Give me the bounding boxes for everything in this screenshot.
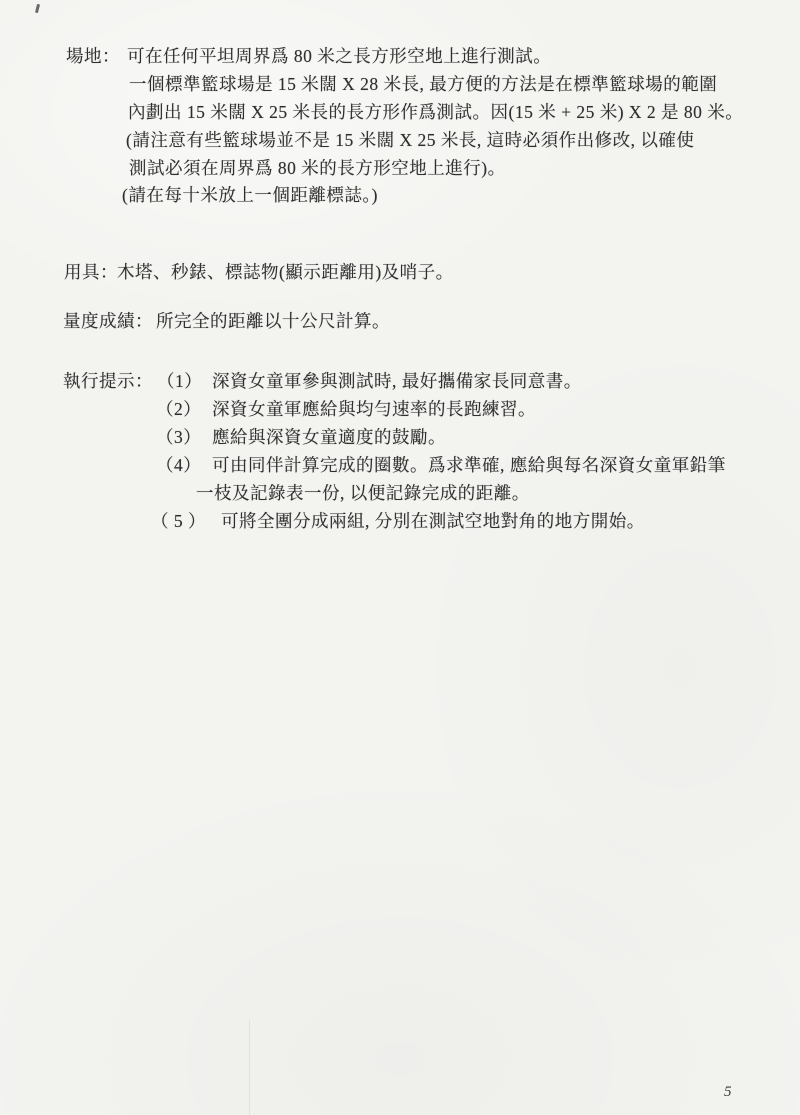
tip-item-number: （2） (156, 401, 201, 419)
scan-speck-mark (35, 4, 40, 13)
venue-line: (請在每十米放上一個距離標誌。) (122, 187, 378, 205)
tip-item-text: 可由同伴計算完成的圈數。爲求準確, 應給與每名深資女童軍鉛筆 (212, 457, 726, 475)
venue-line: 內劃出 15 米闊 X 25 米長的長方形作爲測試。因(15 米 + 25 米)… (128, 104, 743, 122)
tip-item-text: 應給與深資女童適度的鼓勵。 (212, 429, 446, 447)
tip-item-text: 深資女童軍參與測試時, 最好攜備家長同意書。 (212, 373, 582, 391)
tip-item-number: （3） (156, 429, 201, 447)
equipment-label: 用具： (64, 264, 118, 282)
tip-item-number: （4） (156, 457, 201, 475)
tip-item-number: （1） (157, 373, 202, 391)
equipment-text: 木塔、秒錶、標誌物(顯示距離用)及哨子。 (117, 264, 454, 282)
tip-item-number: （ 5 ） (151, 513, 206, 531)
tip-item-text-continued: 一枝及記錄表一份, 以便記錄完成的距離。 (196, 485, 530, 503)
tips-label: 執行提示： (63, 373, 153, 391)
venue-line: (請注意有些籃球場並不是 15 米闊 X 25 米長, 這時必須作出修改, 以確… (126, 132, 694, 150)
venue-line: 一個標準籃球場是 15 米闊 X 28 米長, 最方便的方法是在標準籃球場的範圍 (129, 76, 717, 94)
scanned-document-page: 場地： 可在任何平坦周界爲 80 米之長方形空地上進行測試。 一個標準籃球場是 … (0, 0, 800, 1115)
page-number: 5 (724, 1084, 732, 1101)
tip-item-text: 深資女童軍應給與均勻速率的長跑練習。 (212, 401, 536, 419)
scoring-text: 所完全的距離以十公尺計算。 (156, 313, 390, 331)
scan-seam-line (249, 1020, 250, 1115)
tip-item-text: 可將全團分成兩組, 分別在測試空地對角的地方開始。 (221, 513, 645, 531)
venue-line: 測試必須在周界爲 80 米的長方形空地上進行)。 (129, 160, 506, 178)
venue-label: 場地： (66, 48, 120, 66)
scoring-label: 量度成績： (63, 313, 153, 331)
venue-intro: 可在任何平坦周界爲 80 米之長方形空地上進行測試。 (127, 48, 551, 66)
